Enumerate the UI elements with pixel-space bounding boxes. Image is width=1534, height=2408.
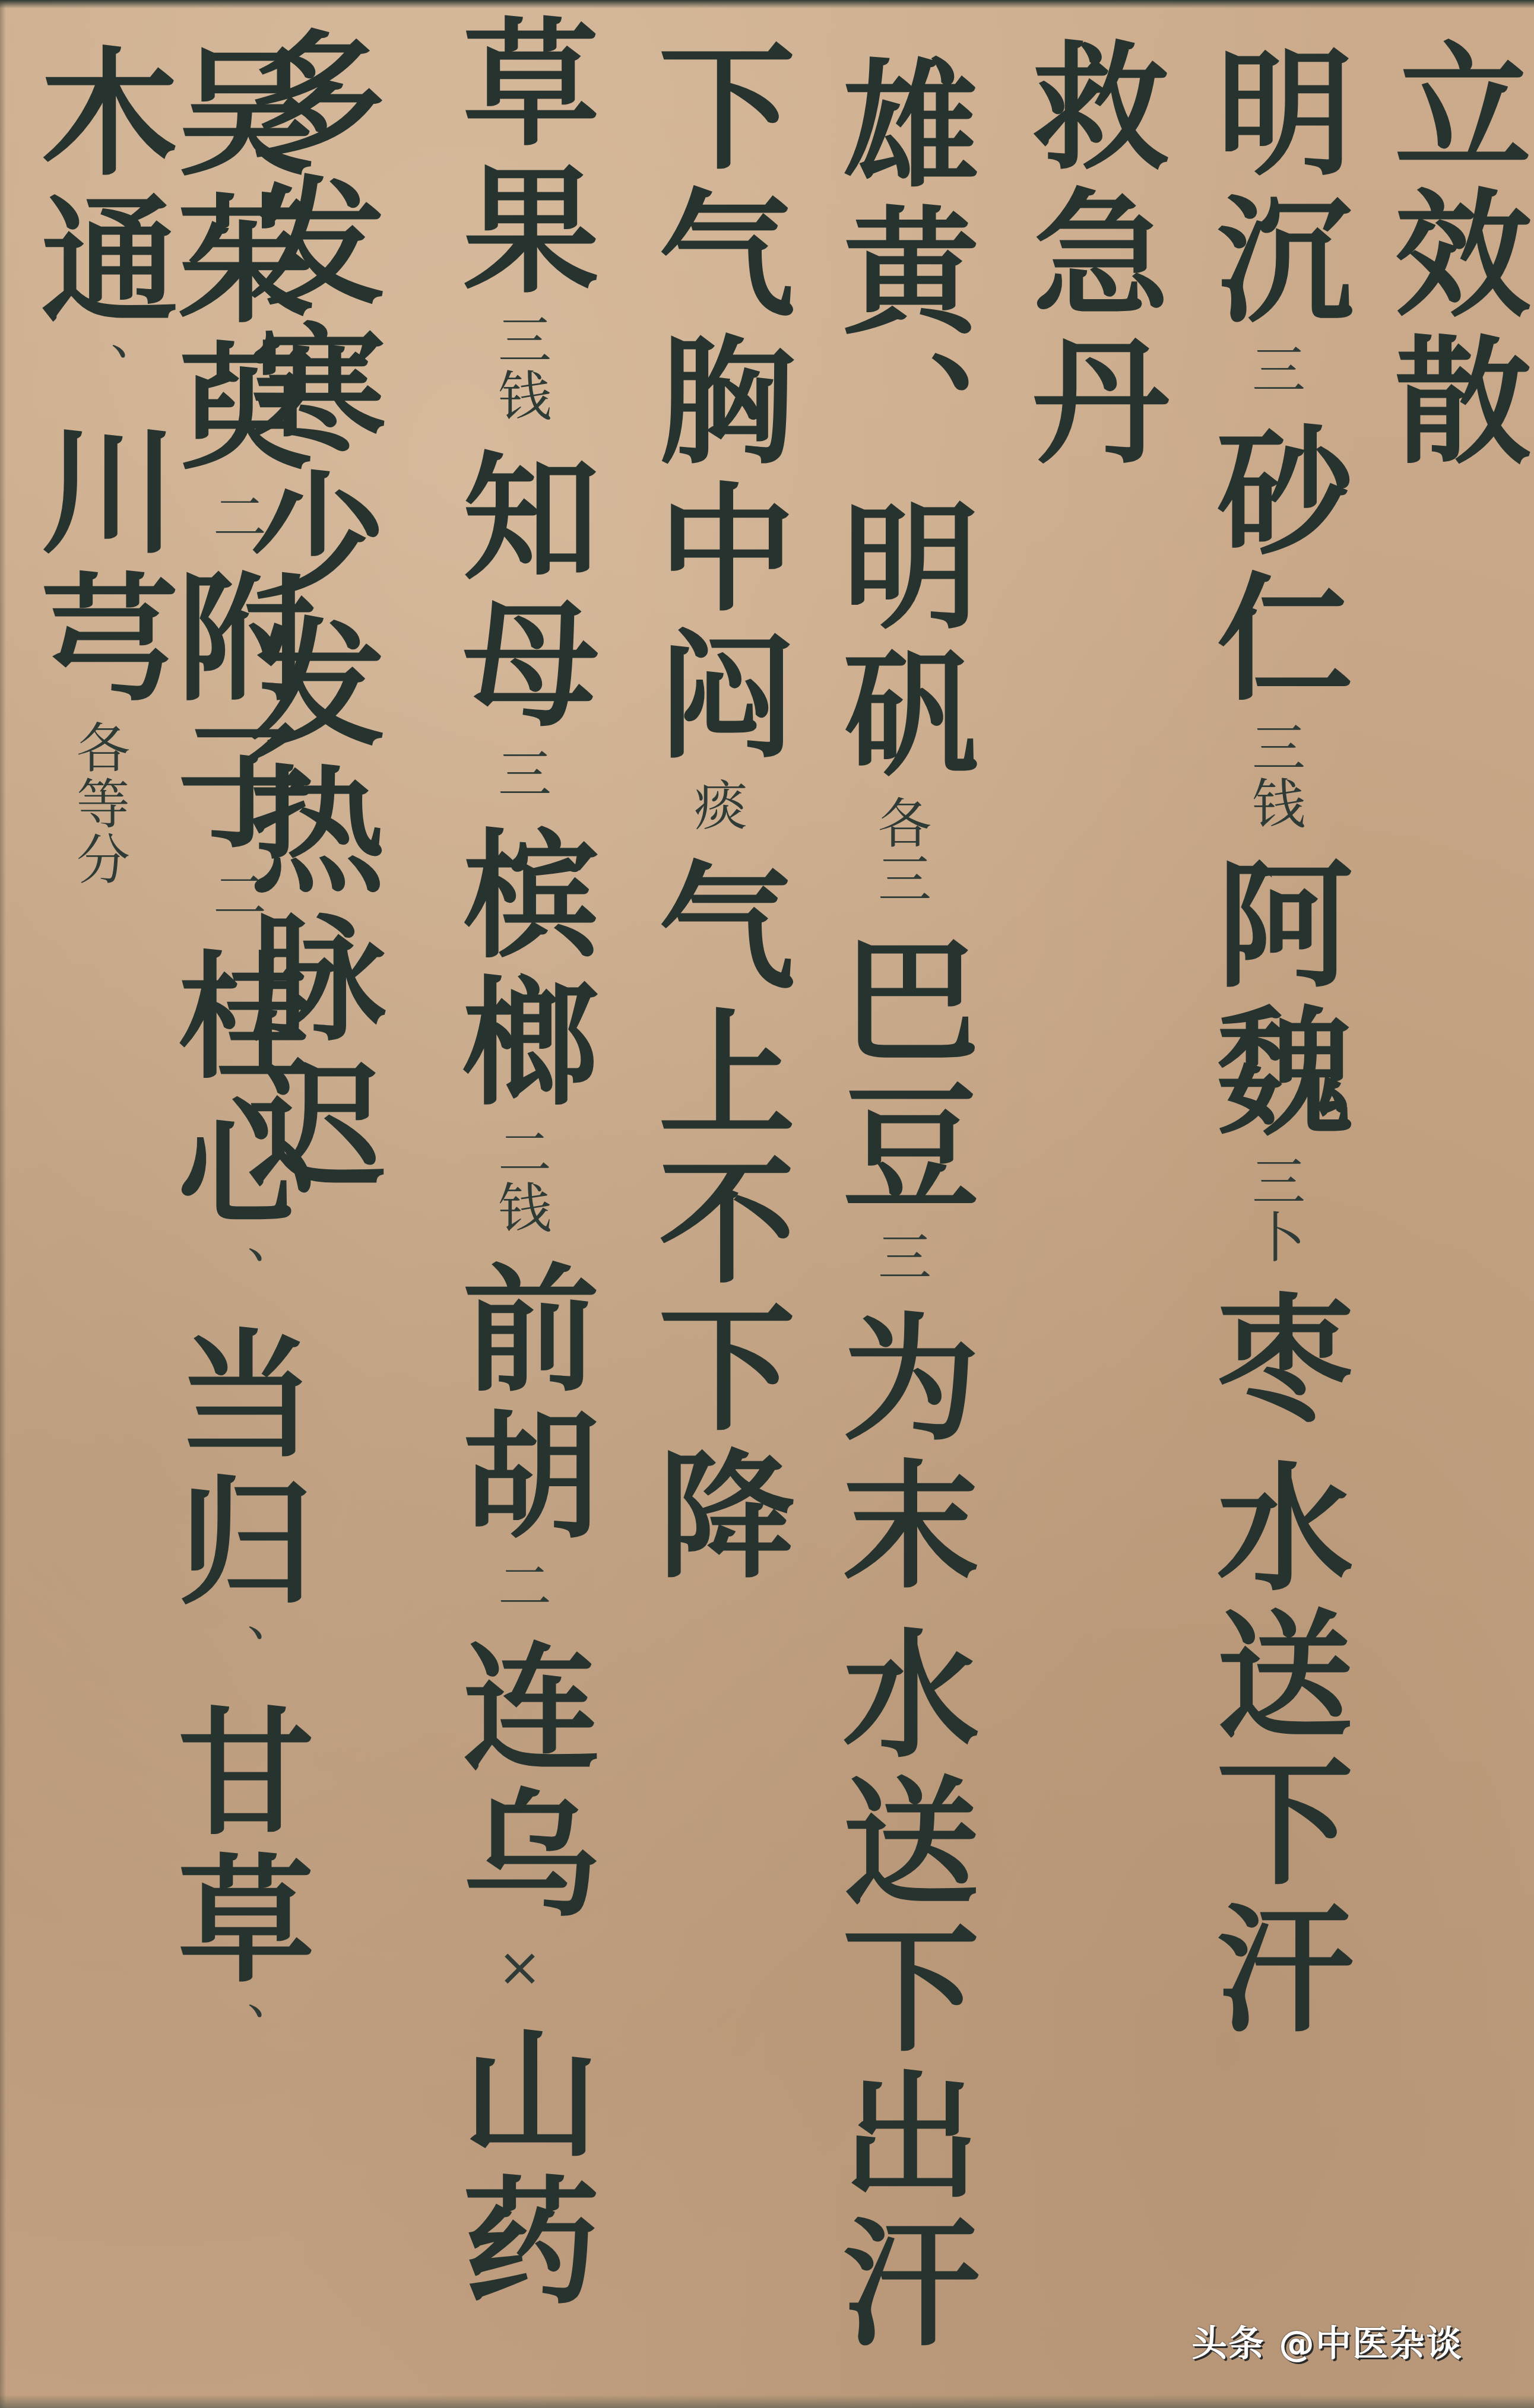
column-5: 下气胸中闷痰 气上不下降 [647, 36, 784, 1591]
dosage-note: 各三 [869, 795, 931, 907]
dosage-note: 三钱 [1243, 720, 1305, 832]
separator-note: 、 [204, 2001, 266, 2057]
column-3-title: 救急丹 [1021, 36, 1158, 477]
herb-name: 附子 [154, 567, 315, 861]
insertion-note: 痰 [684, 778, 747, 833]
column-8: 吴茱萸二 附子二 桂心、 当归、 甘草、 木通、 川芎各等分 [30, 42, 303, 2408]
symptom-text: 气上不下降 [635, 855, 795, 1591]
herb-name: 槟榔 [439, 824, 600, 1118]
separator-note: 、 [204, 1245, 266, 1301]
mark-note: × [489, 1936, 551, 2001]
herb-name: 当归 [154, 1323, 315, 1617]
herb-name: 桂心 [154, 945, 315, 1239]
herb-name: 雄黄、明矾 [819, 53, 980, 789]
herb-name: 川芎 [18, 420, 178, 714]
dosage-note: 三 [489, 746, 551, 802]
column-6: 草果三钱 知母三 槟榔二钱 前胡二 连乌× 山药 [451, 12, 588, 2317]
instruction-text: 为末 [819, 1307, 980, 1601]
dosage-note: 三 [1243, 342, 1305, 398]
manuscript-page: 立效散 明沉三 砂仁三钱 阿魏三卜 枣 水送下汗 救急丹 雄黄、明矾各三 巴豆三… [0, 0, 1534, 2408]
herb-name: 山药 [439, 2023, 600, 2317]
dosage-note: 二 [489, 1558, 551, 1614]
herb-name: 吴茱萸 [154, 42, 315, 483]
herb-name: 明沉 [1193, 42, 1354, 336]
dosage-note: 各等分 [67, 720, 129, 887]
herb-name: 知母 [439, 446, 600, 740]
column-1-title: 立效散 [1383, 36, 1520, 477]
page-left-edge [0, 0, 6, 2408]
dosage-note: 二钱 [489, 1124, 551, 1236]
herb-name: 甘草 [154, 1701, 315, 1995]
herb-name: 枣 [1193, 1287, 1354, 1435]
herb-name: 草果 [439, 12, 600, 306]
herb-name: 连乌 [439, 1636, 600, 1930]
prescription-title: 救急丹 [1009, 36, 1169, 477]
dosage-note: 三钱 [489, 312, 551, 424]
dosage-note: 三 [869, 1229, 931, 1285]
column-2: 明沉三 砂仁三钱 阿魏三卜 枣 水送下汗 [1205, 42, 1342, 2045]
instruction-text: 水送下汗 [1193, 1457, 1354, 2045]
dosage-note: 三卜 [1243, 1154, 1305, 1265]
dosage-note: 二 [204, 867, 266, 923]
separator-note: 、 [67, 342, 129, 398]
column-4: 雄黄、明矾各三 巴豆三 为末 水送下出汗 [831, 53, 968, 2359]
prescription-title: 立效散 [1371, 36, 1532, 477]
herb-name: 巴豆 [819, 929, 980, 1223]
page-top-edge [0, 0, 1534, 8]
herb-name: 木通 [18, 42, 178, 336]
dosage-note: 二 [204, 489, 266, 545]
herb-name: 前胡 [439, 1258, 600, 1552]
watermark: 头条 @中医杂谈 [1191, 2315, 1463, 2366]
herb-name: 阿魏 [1193, 854, 1354, 1148]
herb-name: 砂仁 [1193, 420, 1354, 714]
separator-note: 、 [204, 1623, 266, 1679]
symptom-text: 下气胸中闷 [635, 36, 795, 772]
instruction-text: 水送下出汗 [819, 1623, 980, 2359]
